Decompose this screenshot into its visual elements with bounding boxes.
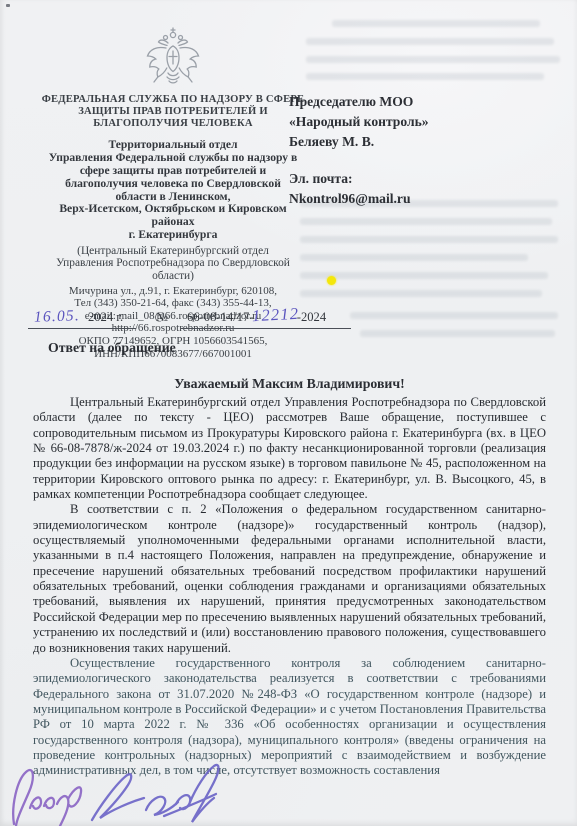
date-field: 16.05.2024 г. [28, 308, 136, 329]
letter-body: Центральный Екатеринбургский отдел Управ… [33, 395, 546, 779]
scan-speck [6, 4, 10, 7]
bleed-through-artifact [332, 20, 540, 27]
signature-scribble-3 [146, 765, 219, 822]
postal-address: Мичурина ул., д.91, г. Екатеринбург, 620… [30, 285, 316, 298]
agency-line: ЗАЩИТЫ ПРАВ ПОТРЕБИТЕЛЕЙ И [30, 106, 316, 118]
office-line: (Центральный Екатеринбургский отдел [30, 245, 316, 258]
office-name: (Центральный Екатеринбургский отдел Упра… [30, 245, 316, 283]
salutation: Уважаемый Максим Владимирович! [33, 376, 546, 392]
bleed-through-artifact [300, 218, 552, 225]
signature-scribble-1 [13, 770, 81, 826]
agency-line: БЛАГОПОЛУЧИЯ ЧЕЛОВЕКА [30, 118, 316, 130]
subject-line: Ответ на обращение [48, 340, 176, 356]
number-prefix: 66-08-14/17- [187, 310, 253, 324]
scanned-letter-page: ФЕДЕРАЛЬНАЯ СЛУЖБА ПО НАДЗОРУ В СФЕРЕ ЗА… [0, 0, 577, 826]
handwritten-date: 16.05. [34, 307, 81, 327]
addressee-line: «Народный контроль» [289, 112, 561, 132]
number-suffix: -2024 [297, 310, 326, 324]
agency-line: ФЕДЕРАЛЬНАЯ СЛУЖБА ПО НАДЗОРУ В СФЕРЕ [30, 94, 316, 106]
reference-line: 16.05.2024 г.№66-08-14/17-12212-2024 [28, 306, 351, 329]
addressee-line: Беляеву М. В. [289, 132, 561, 152]
addressee-email-label: Эл. почта: [289, 169, 561, 189]
bleed-through-artifact [306, 73, 544, 80]
addressee-line: Председателю МОО [289, 92, 561, 112]
bleed-through-artifact [360, 330, 555, 337]
bleed-through-artifact [300, 254, 528, 261]
body-paragraph: Центральный Екатеринбургский отдел Управ… [33, 395, 546, 502]
body-paragraph: В соответствии с п. 2 «Положения о федер… [33, 502, 546, 655]
outgoing-number-field: 66-08-14/17-12212-2024 [181, 306, 351, 329]
bleed-through-artifact [300, 272, 548, 279]
yellow-highlight-dot [327, 276, 336, 285]
date-year-printed: 2024 г. [88, 310, 123, 324]
office-line: области) [30, 270, 316, 283]
division-name: Территориальный отдел Управления Федерал… [30, 139, 316, 241]
bleed-through-artifact [306, 38, 554, 45]
division-line: г. Екатеринбурга [30, 229, 316, 242]
bleed-through-artifact [300, 236, 558, 243]
russia-double-headed-eagle-icon [144, 26, 202, 91]
signature-block [4, 758, 239, 826]
handwritten-number: 12212 [251, 304, 299, 326]
bleed-through-artifact [300, 290, 542, 297]
division-line: сфере защиты прав потребителей и [30, 165, 316, 178]
addressee-email: Nkontrol96@mail.ru [289, 189, 561, 209]
bleed-through-artifact [306, 56, 560, 63]
bleed-through-artifact [350, 312, 558, 319]
division-line: благополучия человека по Свердловской [30, 178, 316, 191]
addressee-block: Председателю МОО «Народный контроль» Бел… [289, 92, 561, 209]
agency-name: ФЕДЕРАЛЬНАЯ СЛУЖБА ПО НАДЗОРУ В СФЕРЕ ЗА… [30, 94, 316, 129]
signature-scribble-2 [92, 774, 144, 820]
office-line: Управления Роспотребнадзора по Свердловс… [30, 257, 316, 270]
number-sign: № [156, 310, 168, 324]
